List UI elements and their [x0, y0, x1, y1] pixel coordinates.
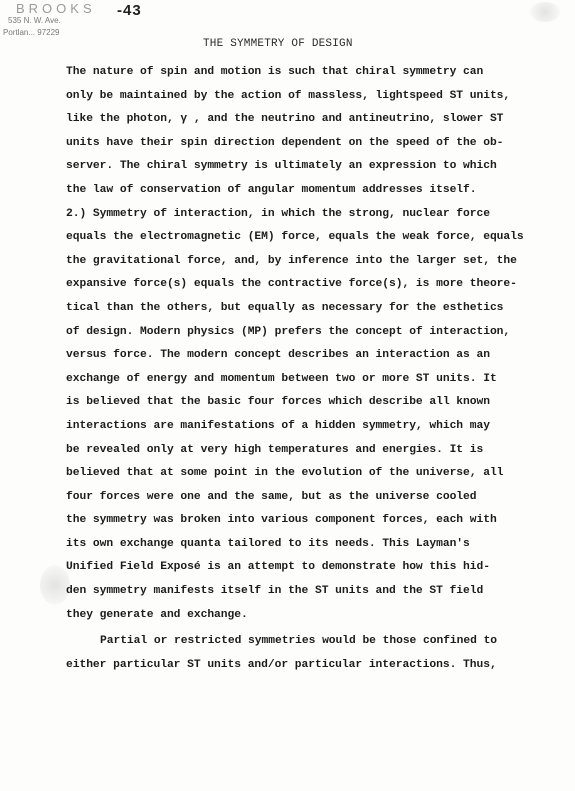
text-line-paragraph-start: Partial or restricted symmetries would b…: [66, 630, 516, 654]
text-line: exchange of energy and momentum between …: [66, 368, 516, 392]
text-line: the law of conservation of angular momen…: [66, 179, 516, 203]
text-line: believed that at some point in the evolu…: [66, 462, 516, 486]
text-line: The nature of spin and motion is such th…: [66, 61, 516, 85]
text-line: the symmetry was broken into various com…: [66, 509, 516, 533]
text-line: server. The chiral symmetry is ultimatel…: [66, 155, 516, 179]
text-line: four forces were one and the same, but a…: [66, 486, 516, 510]
paper-smudge: [530, 2, 560, 22]
text-line: expansive force(s) equals the contractiv…: [66, 273, 516, 297]
text-line: den symmetry manifests itself in the ST …: [66, 580, 516, 604]
text-line: 2.) Symmetry of interaction, in which th…: [66, 203, 516, 227]
body-text: The nature of spin and motion is such th…: [66, 61, 516, 677]
stamp-address-city: Portlan... 97229: [3, 28, 59, 37]
page-number: -43: [117, 2, 142, 19]
text-line: of design. Modern physics (MP) prefers t…: [66, 321, 516, 345]
stamp-name: BROOKS: [16, 1, 96, 16]
text-line: units have their spin direction dependen…: [66, 132, 516, 156]
text-line: like the photon, γ , and the neutrino an…: [66, 108, 516, 132]
text-line: equals the electromagnetic (EM) force, e…: [66, 226, 516, 250]
text-line: the gravitational force, and, by inferen…: [66, 250, 516, 274]
text-line: either particular ST units and/or partic…: [66, 654, 516, 678]
stamp-address-street: 535 N. W. Ave.: [8, 16, 61, 25]
text-line: Unified Field Exposé is an attempt to de…: [66, 556, 516, 580]
text-line: tical than the others, but equally as ne…: [66, 297, 516, 321]
text-line: its own exchange quanta tailored to its …: [66, 533, 516, 557]
text-line: only be maintained by the action of mass…: [66, 85, 516, 109]
text-line: be revealed only at very high temperatur…: [66, 439, 516, 463]
text-line: interactions are manifestations of a hid…: [66, 415, 516, 439]
text-line: is believed that the basic four forces w…: [66, 391, 516, 415]
page-title: THE SYMMETRY OF DESIGN: [203, 38, 353, 50]
text-line: versus force. The modern concept describ…: [66, 344, 516, 368]
text-line: they generate and exchange.: [66, 604, 516, 628]
